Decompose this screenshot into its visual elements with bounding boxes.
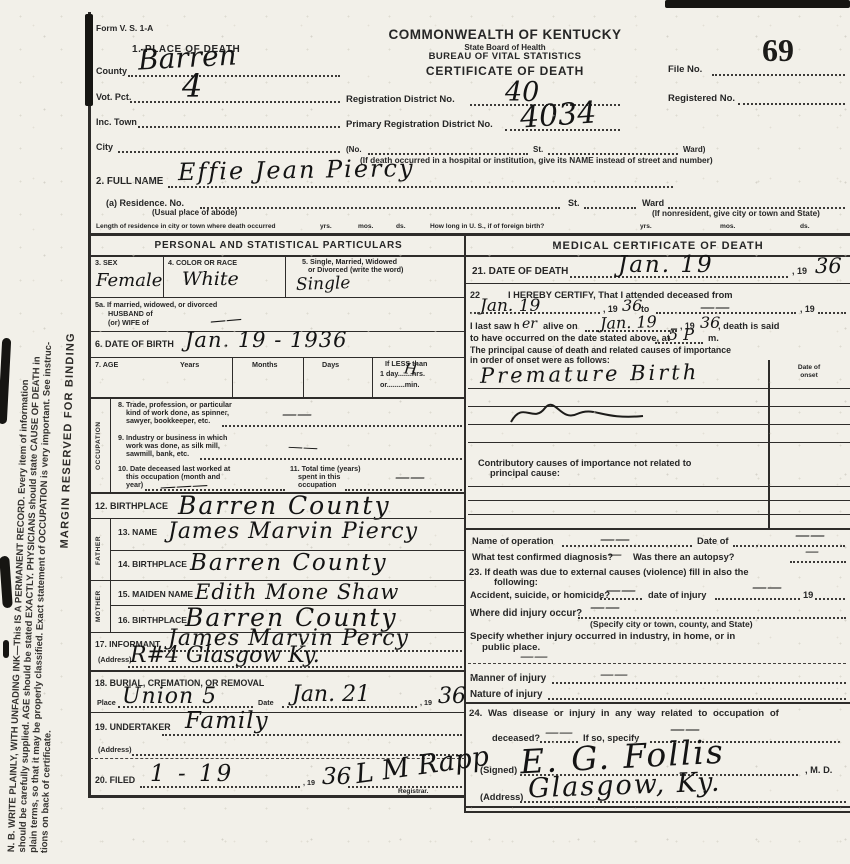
bureau-subtitle: BUREAU OF VITAL STATISTICS bbox=[345, 52, 665, 63]
sex-value: Female bbox=[96, 272, 162, 290]
length-mos: mos. bbox=[358, 223, 373, 231]
burial-date-line bbox=[282, 706, 417, 708]
divider bbox=[90, 233, 850, 236]
occ-row9-line bbox=[200, 458, 462, 460]
occ-row9-line3: sawmill, bank, etc. bbox=[126, 450, 189, 458]
inc-town-line bbox=[138, 126, 340, 128]
primary-reg-label: Primary Registration District No. bbox=[346, 120, 493, 131]
contributory-line bbox=[468, 486, 850, 487]
occ-row9-value: —— bbox=[288, 439, 319, 456]
form-number: Form V. S. 1-A bbox=[96, 24, 153, 34]
divider bbox=[90, 712, 465, 713]
divider bbox=[90, 670, 465, 672]
divider bbox=[303, 357, 304, 397]
county-label: County bbox=[96, 66, 127, 76]
left-column-title: PERSONAL AND STATISTICAL PARTICULARS bbox=[92, 240, 465, 252]
father-name-label: 13. NAME bbox=[118, 528, 157, 538]
occupation-related-text: 24. Was disease or injury in any way rel… bbox=[469, 708, 779, 719]
signed-label: (Signed) bbox=[480, 765, 517, 776]
manner-of-injury-line bbox=[552, 682, 846, 684]
attended-to-line bbox=[656, 312, 796, 314]
accident-value: —— bbox=[606, 583, 636, 598]
undertaker-line bbox=[162, 734, 462, 736]
registered-no-line bbox=[738, 103, 845, 105]
death-time-line bbox=[655, 342, 703, 344]
full-name-label: 2. FULL NAME bbox=[96, 176, 163, 187]
injury-year-label: 19 bbox=[803, 590, 813, 601]
registrar-signature: L M Rapp bbox=[354, 743, 491, 788]
where-injury-value: —— bbox=[590, 600, 620, 615]
registered-no-label: Registered No. bbox=[668, 94, 735, 105]
injury-date-value: —— bbox=[752, 580, 782, 595]
specify-city-note: (Specify city or town, county, and State… bbox=[590, 620, 753, 630]
marital-value: Single bbox=[296, 275, 351, 294]
age-months-header: Months bbox=[252, 361, 278, 369]
age-hours-value: H bbox=[403, 361, 418, 377]
occ-row8-value: —— bbox=[282, 407, 312, 422]
race-label: 4. COLOR OR RACE bbox=[168, 259, 237, 267]
filed-year-prefix: , 19 bbox=[303, 779, 315, 787]
file-no-label: File No. bbox=[668, 65, 702, 76]
occ-row11-value: —— bbox=[395, 470, 425, 485]
filed-year-value: 36 bbox=[322, 766, 351, 789]
where-injury-label: Where did injury occur? bbox=[470, 608, 582, 619]
divider bbox=[466, 702, 850, 704]
divider bbox=[90, 357, 465, 358]
divider bbox=[90, 297, 465, 298]
illegible-scribble bbox=[505, 398, 645, 428]
attended-from-line bbox=[470, 312, 600, 314]
cause-of-death-value: Premature Birth bbox=[480, 362, 700, 387]
attended-to-year: , 19 bbox=[800, 304, 815, 314]
operation-dash: —— bbox=[600, 532, 630, 547]
deceased-value: —— bbox=[545, 726, 573, 740]
street-st-label: St. bbox=[533, 145, 543, 154]
occ-row8-line bbox=[222, 425, 462, 427]
residence-line bbox=[200, 207, 560, 209]
contributory-text2: principal cause: bbox=[490, 468, 560, 479]
file-number-stamp: 69 bbox=[762, 32, 794, 69]
length-mos2: mos. bbox=[720, 223, 735, 231]
mother-birthplace-label: 16. BIRTHPLACE bbox=[118, 616, 187, 626]
divider bbox=[466, 283, 850, 284]
autopsy-line bbox=[790, 561, 846, 563]
occ-row8-line3: sawyer, bookkeeper, etc. bbox=[126, 417, 210, 425]
certify-number: 22 bbox=[470, 290, 480, 300]
form-bottom-border-right bbox=[464, 806, 850, 808]
contributory-line bbox=[468, 514, 850, 515]
undertaker-addr-label: (Address) bbox=[98, 746, 132, 754]
death-time-value: 5 P bbox=[668, 327, 694, 343]
address-line bbox=[520, 801, 846, 803]
operation-date-line bbox=[733, 545, 845, 547]
street-ward-label: Ward) bbox=[683, 145, 705, 154]
test-value: — bbox=[608, 548, 622, 562]
length-yrs: yrs. bbox=[320, 223, 332, 231]
principal-cause-text1: The principal cause of death and related… bbox=[470, 345, 731, 355]
occ-row10-line3: year) bbox=[126, 481, 143, 489]
divider bbox=[90, 397, 465, 399]
operation-label: Name of operation bbox=[472, 536, 554, 547]
age-less-line3: or.........min. bbox=[380, 381, 420, 389]
divider bbox=[110, 397, 111, 493]
attended-to-year-line bbox=[818, 312, 846, 314]
onset-box-border bbox=[768, 360, 770, 528]
street-no-label: (No. bbox=[346, 145, 362, 154]
undertaker-value: Family bbox=[185, 710, 269, 733]
date-of-death-year-value: 36 bbox=[815, 256, 842, 277]
file-no-line bbox=[712, 74, 845, 76]
dob-label: 6. DATE OF BIRTH bbox=[95, 339, 174, 349]
date-of-death-year-prefix: , 19 bbox=[792, 266, 807, 276]
dob-value: Jan. 19 - 1936 bbox=[185, 330, 347, 351]
filed-date-value: 1 - 19 bbox=[150, 763, 234, 786]
injury-date-line bbox=[715, 598, 800, 600]
mother-maiden-value: Edith Mone Shaw bbox=[195, 582, 399, 603]
birthplace-value: Barren County bbox=[178, 493, 391, 518]
father-birthplace-value: Barren County bbox=[190, 552, 388, 575]
cause-line bbox=[468, 388, 850, 389]
last-saw-hand: er bbox=[522, 317, 537, 331]
residence-ward-label: Ward bbox=[642, 198, 664, 208]
burial-place-value: Union 5 bbox=[122, 686, 217, 708]
death-certificate-scan: N. B. WRITE PLAINLY, WITH UNFADING INK—T… bbox=[0, 0, 850, 864]
length-left-label: Length of residence in city or town wher… bbox=[96, 223, 276, 231]
birthplace-label: 12. BIRTHPLACE bbox=[95, 501, 168, 511]
last-saw-text1: I last saw h bbox=[470, 321, 520, 332]
age-label: 7. AGE bbox=[95, 361, 118, 369]
right-column-title: MEDICAL CERTIFICATE OF DEATH bbox=[466, 240, 850, 253]
primary-reg-value: 4034 bbox=[519, 98, 597, 133]
autopsy-value: — bbox=[805, 545, 819, 559]
length-ds: ds. bbox=[396, 223, 406, 231]
informant-addr-value: R#4 Glasgow Ky. bbox=[130, 645, 320, 667]
age-days-header: Days bbox=[322, 361, 339, 369]
form-bottom-border-right bbox=[464, 811, 850, 813]
injury-date-label: date of injury bbox=[648, 590, 706, 601]
full-name-line bbox=[168, 186, 673, 188]
onset-header-line1: Date of bbox=[770, 364, 848, 372]
cause-line bbox=[468, 442, 850, 443]
mother-side-label: MOTHER bbox=[95, 583, 102, 629]
md-label: , M. D. bbox=[805, 765, 832, 776]
burial-year-value: 36 bbox=[438, 686, 466, 708]
divider bbox=[110, 518, 111, 632]
burial-year-prefix: , 19 bbox=[420, 699, 432, 707]
filed-label: 20. FILED bbox=[95, 775, 135, 785]
column-divider bbox=[464, 233, 466, 813]
full-name-value: Effie Jean Piercy bbox=[178, 156, 415, 184]
nature-of-injury-line bbox=[548, 698, 846, 700]
certify-text: I HEREBY CERTIFY, That I attended deceas… bbox=[508, 290, 733, 301]
abode-note: (Usual place of abode) bbox=[152, 208, 237, 217]
contributory-line bbox=[468, 500, 850, 501]
occurred-text: to have occurred on the date stated abov… bbox=[470, 333, 670, 344]
death-time-m: m. bbox=[708, 333, 719, 344]
test-label: What test confirmed diagnosis? bbox=[472, 552, 613, 563]
divider bbox=[232, 357, 233, 397]
external-causes-text2: following: bbox=[494, 577, 538, 588]
divider bbox=[466, 528, 850, 530]
operation-date-dash: —— bbox=[795, 528, 825, 543]
city-line bbox=[118, 151, 340, 153]
scan-edge-bar bbox=[665, 0, 850, 8]
length-yrs2: yrs. bbox=[640, 223, 652, 231]
operation-date-label: Date of bbox=[697, 536, 729, 547]
manner-of-injury-value: —— bbox=[600, 668, 628, 682]
reg-district-label: Registration District No. bbox=[346, 95, 455, 106]
nature-of-injury-label: Nature of injury bbox=[470, 689, 542, 700]
autopsy-label: Was there an autopsy? bbox=[633, 552, 734, 563]
scan-blot bbox=[3, 640, 9, 658]
length-right-label: How long in U. S., if of foreign birth? bbox=[430, 223, 544, 231]
scan-blot bbox=[0, 556, 13, 609]
form-left-border bbox=[88, 12, 91, 796]
accident-label: Accident, suicide, or homicide? bbox=[470, 590, 610, 601]
last-saw-text3: , death is said bbox=[718, 321, 779, 332]
residence-st-label: St. bbox=[568, 198, 580, 208]
onset-header-line2: onset bbox=[770, 372, 848, 380]
undertaker-label: 19. UNDERTAKER bbox=[95, 722, 171, 732]
mother-maiden-label: 15. MAIDEN NAME bbox=[118, 590, 193, 600]
residence-st-line bbox=[584, 207, 636, 209]
address-label: (Address) bbox=[480, 792, 523, 803]
form-bottom-border-left bbox=[88, 795, 465, 798]
date-of-death-label: 21. DATE OF DEATH bbox=[472, 266, 568, 278]
father-birthplace-label: 14. BIRTHPLACE bbox=[118, 560, 187, 570]
scan-blot bbox=[85, 14, 93, 106]
burial-place-label: Place bbox=[97, 699, 116, 707]
divider bbox=[163, 255, 164, 297]
vot-pct-value: 4 bbox=[182, 70, 202, 102]
commonwealth-title: COMMONWEALTH OF KENTUCKY bbox=[345, 27, 665, 43]
burial-date-label: Date bbox=[258, 699, 274, 707]
divider bbox=[468, 663, 846, 664]
contributory-text1: Contributory causes of importance not re… bbox=[478, 458, 691, 469]
burial-date-value: Jan. 21 bbox=[292, 684, 370, 706]
informant-addr-label: (Address) bbox=[98, 656, 132, 664]
date-of-death-value: Jan. 19 bbox=[618, 254, 714, 277]
last-saw-line bbox=[585, 330, 677, 332]
race-value: White bbox=[182, 270, 239, 289]
vot-pct-label: Vot. Pct. bbox=[96, 92, 131, 102]
occupation-side-label: OCCUPATION bbox=[95, 402, 102, 490]
informant-addr-line bbox=[128, 666, 462, 668]
divider bbox=[90, 255, 465, 257]
filed-line bbox=[140, 786, 300, 788]
length-ds2: ds. bbox=[800, 223, 810, 231]
scan-blot bbox=[0, 338, 11, 424]
divider bbox=[372, 357, 373, 397]
manner-of-injury-label: Manner of injury bbox=[470, 673, 546, 684]
age-years-header: Years bbox=[180, 361, 199, 369]
last-saw-text2: alive on bbox=[543, 321, 578, 332]
physician-address-value: Glasgow, Ky. bbox=[528, 769, 722, 803]
father-side-label: FATHER bbox=[95, 522, 102, 578]
occ-row11-line3: occupation bbox=[298, 481, 336, 489]
inc-town-label: Inc. Town bbox=[96, 117, 137, 127]
sex-label: 3. SEX bbox=[95, 259, 117, 267]
city-label: City bbox=[96, 142, 113, 152]
residence-label: (a) Residence. No. bbox=[106, 198, 184, 208]
nonresident-note: (If nonresident, give city or town and S… bbox=[652, 209, 820, 218]
divider bbox=[285, 255, 286, 297]
father-name-value: James Marvin Piercy bbox=[168, 521, 418, 543]
husband-value: —— bbox=[209, 311, 242, 330]
injury-year-line bbox=[815, 598, 845, 600]
vot-pct-line bbox=[130, 101, 340, 103]
specify-where-text1: Specify whether injury occurred in indus… bbox=[470, 631, 735, 642]
husband-line3: (or) WIFE of bbox=[108, 319, 149, 327]
specify-where-value: —— bbox=[520, 650, 548, 664]
